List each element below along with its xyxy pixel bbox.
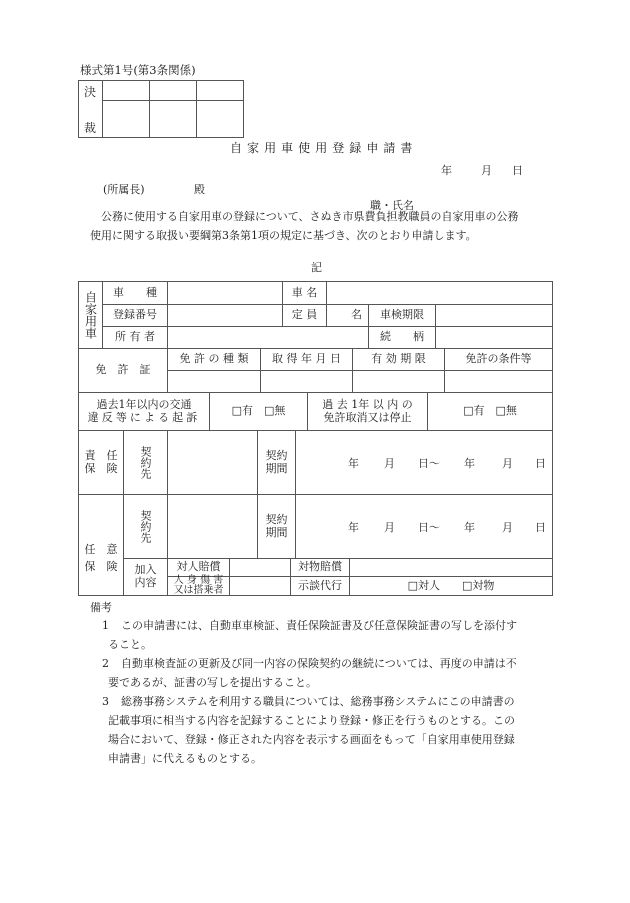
license-expiry-field[interactable]	[353, 371, 444, 392]
approval-slot-2[interactable]	[150, 81, 195, 99]
date-day: 日	[512, 162, 523, 178]
addressee-label: (所属長)	[103, 181, 145, 197]
capacity-label: 定 員	[283, 305, 326, 326]
liability-contractor-label: 契約先	[124, 431, 167, 494]
vehicle-name-label: 車 名	[283, 282, 326, 304]
liability-period-label-line2: 期間	[266, 463, 288, 476]
addressee-honorific: 殿	[194, 181, 205, 197]
note-line: 場合において、登録・修正された内容を表示する画面をもって「自家用車使用登録	[108, 730, 515, 749]
date-year: 年	[441, 162, 452, 178]
note-line: ること。	[108, 635, 152, 654]
inspection-expiry-label: 車検期限	[369, 305, 435, 326]
period-month-to: 月	[502, 455, 513, 471]
approval-label-bottom: 裁	[84, 119, 96, 136]
vehicle-section-label: 自家用車	[79, 282, 102, 348]
vehicle-type-field[interactable]	[168, 282, 282, 304]
period-month-from: 月	[384, 519, 395, 535]
inspection-expiry-field[interactable]	[436, 305, 552, 326]
note-number: 3	[102, 692, 109, 711]
license-expiry-header: 有 効 期 限	[353, 349, 444, 370]
revocation-label-line1: 過 去 1年 以 内 の	[322, 399, 412, 412]
acquisition-date-field[interactable]	[261, 371, 352, 392]
approval-slot-1[interactable]	[103, 81, 148, 99]
vehicle-name-field[interactable]	[327, 282, 552, 304]
period-year-from: 年	[348, 455, 359, 471]
form-number: 様式第1号(第3条関係)	[80, 62, 196, 78]
period-day-from: 日～	[418, 519, 440, 535]
acquisition-date-header: 取 得 年 月 日	[261, 349, 352, 370]
liability-label-line1: 責 任	[85, 450, 118, 463]
property-damage-label: 対物賠償	[291, 559, 349, 576]
period-day-to: 日	[535, 455, 546, 471]
coverage-label-line2: 内容	[135, 577, 157, 590]
bodily-injury-field[interactable]	[230, 559, 290, 576]
approval-slot-3[interactable]	[197, 81, 243, 99]
license-section-label: 免 許 証	[79, 349, 167, 392]
license-conditions-header: 免許の条件等	[445, 349, 552, 370]
optional-contractor-field[interactable]	[168, 495, 257, 558]
optional-period-field[interactable]: 年 月 日～ 年 月 日	[296, 495, 552, 558]
period-year-to: 年	[464, 455, 475, 471]
capacity-unit: 名	[351, 309, 362, 322]
note-line: この申請書には、自動車車検証、責任保険証書及び任意保険証書の写しを添付す	[121, 616, 517, 635]
revocation-checkboxes[interactable]: □有 □無	[428, 393, 552, 430]
settlement-service-label: 示談代行	[291, 577, 349, 595]
prosecution-checkboxes[interactable]: □有 □無	[210, 393, 307, 430]
passenger-label-line2: 又は搭乗者	[174, 586, 224, 597]
period-day-to: 日	[535, 519, 546, 535]
optional-label-line1: 任 意	[79, 541, 123, 558]
registration-number-label: 登録番号	[103, 305, 167, 326]
owner-label: 所 有 者	[103, 327, 167, 348]
note-line: 申請書」に代えるものとする。	[108, 749, 262, 768]
license-conditions-field[interactable]	[445, 371, 552, 392]
note-number: 1	[102, 616, 109, 635]
relation-field[interactable]	[436, 327, 552, 348]
bodily-injury-label: 対人賠償	[168, 559, 229, 576]
notes-heading: 備考	[90, 599, 112, 615]
optional-contractor-label: 契約先	[124, 495, 167, 558]
optional-label-line2: 保 険	[79, 558, 123, 575]
note-line: 記載事項に相当する内容を記録することにより登録・修正を行うものとする。この	[108, 711, 515, 730]
property-damage-field[interactable]	[350, 559, 552, 576]
liability-period-field[interactable]: 年 月 日～ 年 月 日	[296, 431, 552, 494]
note-line: 要であるが、証書の写しを提出すること。	[108, 673, 317, 692]
revocation-label-line2: 免許取消又は停止	[324, 412, 412, 425]
ki-heading: 記	[311, 259, 322, 275]
liability-period-label-line1: 契約	[266, 450, 288, 463]
period-month-from: 月	[384, 455, 395, 471]
settlement-property-checkbox[interactable]: □対物	[462, 580, 494, 593]
license-type-field[interactable]	[168, 371, 260, 392]
relation-label: 続 柄	[369, 327, 435, 348]
note-number: 2	[102, 654, 109, 673]
period-year-to: 年	[464, 519, 475, 535]
note-line: 自動車検査証の更新及び同一内容の保険契約の継続については、再度の申請は不	[121, 654, 517, 673]
intro-line-2: 使用に関する取扱い要綱第3条第1項の規定に基づき、次のとおり申請します。	[90, 226, 477, 245]
approval-label-top: 決	[84, 83, 96, 100]
registration-number-field[interactable]	[168, 305, 282, 326]
period-year-from: 年	[348, 519, 359, 535]
optional-period-label-line1: 契約	[266, 514, 288, 527]
liability-contractor-field[interactable]	[168, 431, 257, 494]
settlement-bodily-checkbox[interactable]: □対人	[408, 580, 440, 593]
prosecution-label-line2: 違反等による起訴	[88, 412, 201, 425]
owner-field[interactable]	[168, 327, 368, 348]
period-month-to: 月	[502, 519, 513, 535]
vehicle-type-label: 車 種	[103, 282, 167, 304]
license-type-header: 免 許 の 種 類	[168, 349, 260, 370]
date-month: 月	[481, 162, 492, 178]
optional-period-label-line2: 期間	[266, 527, 288, 540]
intro-line-1: 公務に使用する自家用車の登録について、さぬき市県費負担教職員の自家用車の公務	[101, 207, 519, 226]
prosecution-label-line1: 過去1年以内の交通	[97, 399, 192, 412]
note-line: 総務事務システムを利用する職員については、総務事務システムにこの申請書の	[121, 692, 515, 711]
passenger-injury-field[interactable]	[230, 577, 290, 595]
period-day-from: 日～	[418, 455, 440, 471]
liability-label-line2: 保 険	[85, 463, 118, 476]
page-title: 自家用車使用登録申請書	[230, 139, 417, 156]
capacity-field[interactable]: 名	[327, 305, 368, 326]
